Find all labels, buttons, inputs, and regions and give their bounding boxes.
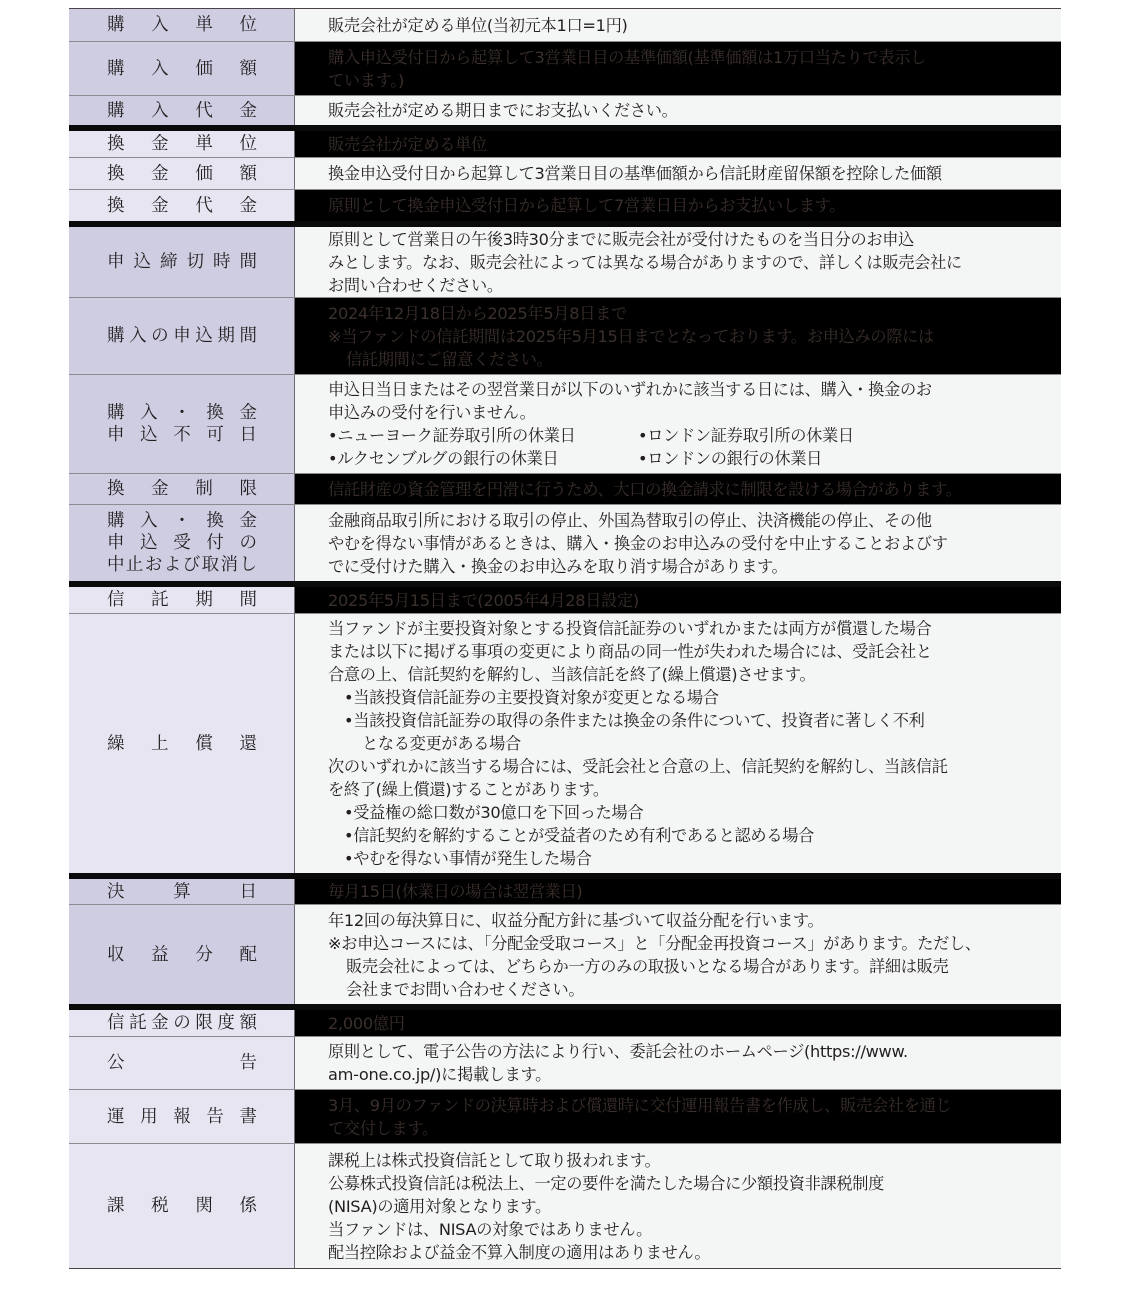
value-line: am-one.co.jp/)に掲載します。 — [328, 1063, 1033, 1086]
row-value: 販売会社が定める単位 — [295, 131, 1061, 157]
row-label: 換金制限 — [69, 474, 295, 504]
row-value: 課税上は株式投資信託として取り扱われます。公募株式投資信託は税法上、一定の要件を… — [295, 1144, 1061, 1268]
row-value: 購入申込受付日から起算して3営業日目の基準価額(基準価額は1万口当たりで表示して… — [295, 42, 1061, 95]
value-line: やむを得ない事情があるときは、購入・換金のお申込みの受付を中止することおよびす — [328, 532, 1033, 555]
value-line: 申込日当日またはその翌営業日が以下のいずれかに該当する日には、購入・換金のお — [328, 378, 1033, 401]
row-value: 金融商品取引所における取引の停止、外国為替取引の停止、決済機能の停止、その他やむ… — [295, 505, 1061, 581]
table-row-settlement-date: 決算日毎月15日(休業日の場合は翌営業日) — [69, 873, 1061, 904]
value-line: お問い合わせください。 — [328, 274, 1033, 297]
row-value: 申込日当日またはその翌営業日が以下のいずれかに該当する日には、購入・換金のお申込… — [295, 375, 1061, 473]
row-label-line: 課税関係 — [107, 1195, 257, 1217]
row-label: 購入単位 — [69, 9, 295, 41]
table-row-redemption-limit: 換金制限信託財産の資金管理を円滑に行うため、大口の換金請求に制限を設ける場合があ… — [69, 473, 1061, 504]
row-value: 換金申込受付日から起算して3営業日目の基準価額から信託財産留保額を控除した価額 — [295, 158, 1061, 189]
row-label: 課税関係 — [69, 1144, 295, 1268]
table-row-trust-limit: 信託金の限度額2,000億円 — [69, 1004, 1061, 1036]
row-label: 換金代金 — [69, 190, 295, 221]
row-label: 申込締切時間 — [69, 227, 295, 297]
table-row-redemption-price: 換金価額換金申込受付日から起算して3営業日目の基準価額から信託財産留保額を控除し… — [69, 157, 1061, 189]
value-line: 会社までお問い合わせください。 — [328, 978, 1033, 1001]
value-bullet: •ニューヨーク証券取引所の休業日 — [328, 424, 638, 447]
row-label-line: 換金代金 — [107, 195, 257, 217]
value-line: 3月、9月のファンドの決算時および償還時に交付運用報告書を作成し、販売会社を通じ — [328, 1094, 1033, 1117]
value-line: 販売会社が定める単位(当初元本1口=1円) — [328, 14, 1033, 37]
table-row-income-distribution: 収益分配年12回の毎決算日に、収益分配方針に基づいて収益分配を行います。※お申込… — [69, 904, 1061, 1004]
row-label-line: 購入代金 — [107, 100, 257, 122]
value-line: •当該投資信託証券の取得の条件または換金の条件について、投資者に著しく不利 — [328, 709, 1033, 732]
value-bullet-pair: •ルクセンブルグの銀行の休業日•ロンドンの銀行の休業日 — [328, 447, 1033, 470]
row-label: 換金価額 — [69, 158, 295, 189]
table-row-management-report: 運用報告書3月、9月のファンドの決算時および償還時に交付運用報告書を作成し、販売… — [69, 1089, 1061, 1143]
row-label-line: 中止および取消し — [107, 554, 257, 576]
value-line: 2024年12月18日から2025年5月8日まで — [328, 302, 1033, 325]
value-line: 当ファンドは、NISAの対象ではありません。 — [328, 1218, 1033, 1241]
row-label: 公告 — [69, 1037, 295, 1089]
value-line: 原則として換金申込受付日から起算して7営業日目からお支払いします。 — [328, 194, 1033, 217]
value-line: •当該投資信託証券の主要投資対象が変更となる場合 — [328, 686, 1033, 709]
row-label-line: 換金制限 — [107, 478, 257, 500]
value-line: 販売会社によっては、どちらか一方のみの取扱いとなる場合があります。詳細は販売 — [328, 955, 1033, 978]
value-line: 金融商品取引所における取引の停止、外国為替取引の停止、決済機能の停止、その他 — [328, 509, 1033, 532]
value-bullet-pair: •ニューヨーク証券取引所の休業日•ロンドン証券取引所の休業日 — [328, 424, 1033, 447]
value-line: みとします。なお、販売会社によっては異なる場合がありますので、詳しくは販売会社に — [328, 251, 1033, 274]
row-label: 信託金の限度額 — [69, 1010, 295, 1036]
row-value: 当ファンドが主要投資対象とする投資信託証券のいずれかまたは両方が償還した場合また… — [295, 614, 1061, 873]
row-value: 販売会社が定める単位(当初元本1口=1円) — [295, 9, 1061, 41]
value-line: 原則として営業日の午後3時30分までに販売会社が受付けたものを当日分のお申込 — [328, 228, 1033, 251]
table-row-early-redemption: 繰上償還当ファンドが主要投資対象とする投資信託証券のいずれかまたは両方が償還した… — [69, 613, 1061, 873]
table-row-public-notice: 公告原則として、電子公告の方法により行い、委託会社のホームページ(https:/… — [69, 1036, 1061, 1089]
row-label-line: 購入・換金 — [107, 402, 257, 424]
row-label-line: 繰上償還 — [107, 733, 257, 755]
value-line: 販売会社が定める期日までにお支払いください。 — [328, 99, 1033, 122]
value-line: 2025年5月15日まで(2005年4月28日設定) — [328, 589, 1033, 612]
fund-terms-table: 購入単位販売会社が定める単位(当初元本1口=1円)購入価額購入申込受付日から起算… — [69, 8, 1061, 1269]
value-line: 2,000億円 — [328, 1012, 1033, 1035]
row-label-line: 公告 — [107, 1052, 257, 1074]
value-line: 次のいずれかに該当する場合には、受託会社と合意の上、信託契約を解約し、当該信託 — [328, 755, 1033, 778]
row-value: 2024年12月18日から2025年5月8日まで※当ファンドの信託期間は2025… — [295, 298, 1061, 374]
row-label-line: 購入の申込期間 — [107, 325, 257, 347]
value-line: 申込みの受付を行いません。 — [328, 401, 1033, 424]
row-value: 3月、9月のファンドの決算時および償還時に交付運用報告書を作成し、販売会社を通じ… — [295, 1090, 1061, 1143]
row-label: 信託期間 — [69, 587, 295, 613]
row-label: 決算日 — [69, 879, 295, 904]
table-row-trust-period: 信託期間2025年5月15日まで(2005年4月28日設定) — [69, 581, 1061, 613]
value-line: を終了(繰上償還)することがあります。 — [328, 778, 1033, 801]
value-line: となる変更がある場合 — [328, 732, 1033, 755]
table-row-purchase-unit: 購入単位販売会社が定める単位(当初元本1口=1円) — [69, 9, 1061, 41]
value-line: 毎月15日(休業日の場合は翌営業日) — [328, 880, 1033, 903]
table-row-taxation: 課税関係課税上は株式投資信託として取り扱われます。公募株式投資信託は税法上、一定… — [69, 1143, 1061, 1268]
value-line: 当ファンドが主要投資対象とする投資信託証券のいずれかまたは両方が償還した場合 — [328, 617, 1033, 640]
table-row-purchase-payment: 購入代金販売会社が定める期日までにお支払いください。 — [69, 95, 1061, 125]
row-label: 換金単位 — [69, 131, 295, 157]
value-line: 換金申込受付日から起算して3営業日目の基準価額から信託財産留保額を控除した価額 — [328, 162, 1033, 185]
row-label: 購入代金 — [69, 96, 295, 125]
row-label: 購入価額 — [69, 42, 295, 95]
row-label-line: 収益分配 — [107, 944, 257, 966]
row-label-line: 信託金の限度額 — [107, 1012, 257, 1034]
row-value: 原則として営業日の午後3時30分までに販売会社が受付けたものを当日分のお申込みと… — [295, 227, 1061, 297]
table-row-purchase-price: 購入価額購入申込受付日から起算して3営業日目の基準価額(基準価額は1万口当たりで… — [69, 41, 1061, 95]
row-label: 購入・換金申込受付の中止および取消し — [69, 505, 295, 581]
row-value: 原則として、電子公告の方法により行い、委託会社のホームページ(https://w… — [295, 1037, 1061, 1089]
table-row-redemption-unit: 換金単位販売会社が定める単位 — [69, 125, 1061, 157]
value-line: 原則として、電子公告の方法により行い、委託会社のホームページ(https://w… — [328, 1040, 1033, 1063]
value-bullet: •ロンドン証券取引所の休業日 — [638, 424, 854, 447]
value-line: て交付します。 — [328, 1117, 1033, 1140]
row-label-line: 換金単位 — [107, 133, 257, 155]
table-row-application-deadline: 申込締切時間原則として営業日の午後3時30分までに販売会社が受付けたものを当日分… — [69, 221, 1061, 297]
table-row-non-application-days: 購入・換金申込不可日申込日当日またはその翌営業日が以下のいずれかに該当する日には… — [69, 374, 1061, 473]
value-line: ※お申込コースには、「分配金受取コース」と「分配金再投資コース」があります。ただ… — [328, 932, 1033, 955]
row-label-line: 信託期間 — [107, 589, 257, 611]
value-line: でに受付けた購入・換金のお申込みを取り消す場合があります。 — [328, 555, 1033, 578]
value-line: •やむを得ない事情が発生した場合 — [328, 847, 1033, 870]
row-label-line: 申込不可日 — [107, 424, 257, 446]
value-line: ※当ファンドの信託期間は2025年5月15日までとなっております。お申込みの際に… — [328, 325, 1033, 348]
value-line: (NISA)の適用対象となります。 — [328, 1195, 1033, 1218]
row-label-line: 決算日 — [107, 881, 257, 903]
row-label-line: 運用報告書 — [107, 1106, 257, 1128]
row-label: 購入の申込期間 — [69, 298, 295, 374]
value-bullet: •ロンドンの銀行の休業日 — [638, 447, 822, 470]
table-row-purchase-application-period: 購入の申込期間2024年12月18日から2025年5月8日まで※当ファンドの信託… — [69, 297, 1061, 374]
row-label-line: 申込受付の — [107, 532, 257, 554]
value-line: 課税上は株式投資信託として取り扱われます。 — [328, 1149, 1033, 1172]
row-value: 毎月15日(休業日の場合は翌営業日) — [295, 879, 1061, 904]
row-value: 販売会社が定める期日までにお支払いください。 — [295, 96, 1061, 125]
table-row-redemption-payment: 換金代金原則として換金申込受付日から起算して7営業日目からお支払いします。 — [69, 189, 1061, 221]
value-bullet: •ルクセンブルグの銀行の休業日 — [328, 447, 638, 470]
row-label-line: 購入価額 — [107, 58, 257, 80]
row-value: 原則として換金申込受付日から起算して7営業日目からお支払いします。 — [295, 190, 1061, 221]
table-row-suspension-cancellation: 購入・換金申込受付の中止および取消し金融商品取引所における取引の停止、外国為替取… — [69, 504, 1061, 581]
value-line: 販売会社が定める単位 — [328, 133, 1033, 156]
row-label: 収益分配 — [69, 905, 295, 1004]
value-line: 合意の上、信託契約を解約し、当該信託を終了(繰上償還)させます。 — [328, 663, 1033, 686]
value-line: 年12回の毎決算日に、収益分配方針に基づいて収益分配を行います。 — [328, 909, 1033, 932]
row-label-line: 申込締切時間 — [107, 251, 257, 273]
row-label: 運用報告書 — [69, 1090, 295, 1143]
row-value: 信託財産の資金管理を円滑に行うため、大口の換金請求に制限を設ける場合があります。 — [295, 474, 1061, 504]
row-value: 2025年5月15日まで(2005年4月28日設定) — [295, 587, 1061, 613]
value-line: 配当控除および益金不算入制度の適用はありません。 — [328, 1241, 1033, 1264]
value-line: ています。) — [328, 69, 1033, 92]
value-line: 購入申込受付日から起算して3営業日目の基準価額(基準価額は1万口当たりで表示し — [328, 46, 1033, 69]
row-value: 年12回の毎決算日に、収益分配方針に基づいて収益分配を行います。※お申込コースに… — [295, 905, 1061, 1004]
value-line: •信託契約を解約することが受益者のため有利であると認める場合 — [328, 824, 1033, 847]
value-line: 信託期間にご留意ください。 — [328, 348, 1033, 371]
row-label-line: 購入・換金 — [107, 510, 257, 532]
row-label: 繰上償還 — [69, 614, 295, 873]
row-label: 購入・換金申込不可日 — [69, 375, 295, 473]
value-line: 公募株式投資信託は税法上、一定の要件を満たした場合に少額投資非課税制度 — [328, 1172, 1033, 1195]
value-line: 信託財産の資金管理を円滑に行うため、大口の換金請求に制限を設ける場合があります。 — [328, 478, 1033, 501]
row-value: 2,000億円 — [295, 1010, 1061, 1036]
value-line: または以下に掲げる事項の変更により商品の同一性が失われた場合には、受託会社と — [328, 640, 1033, 663]
row-label-line: 換金価額 — [107, 163, 257, 185]
row-label-line: 購入単位 — [107, 14, 257, 36]
value-line: •受益権の総口数が30億口を下回った場合 — [328, 801, 1033, 824]
